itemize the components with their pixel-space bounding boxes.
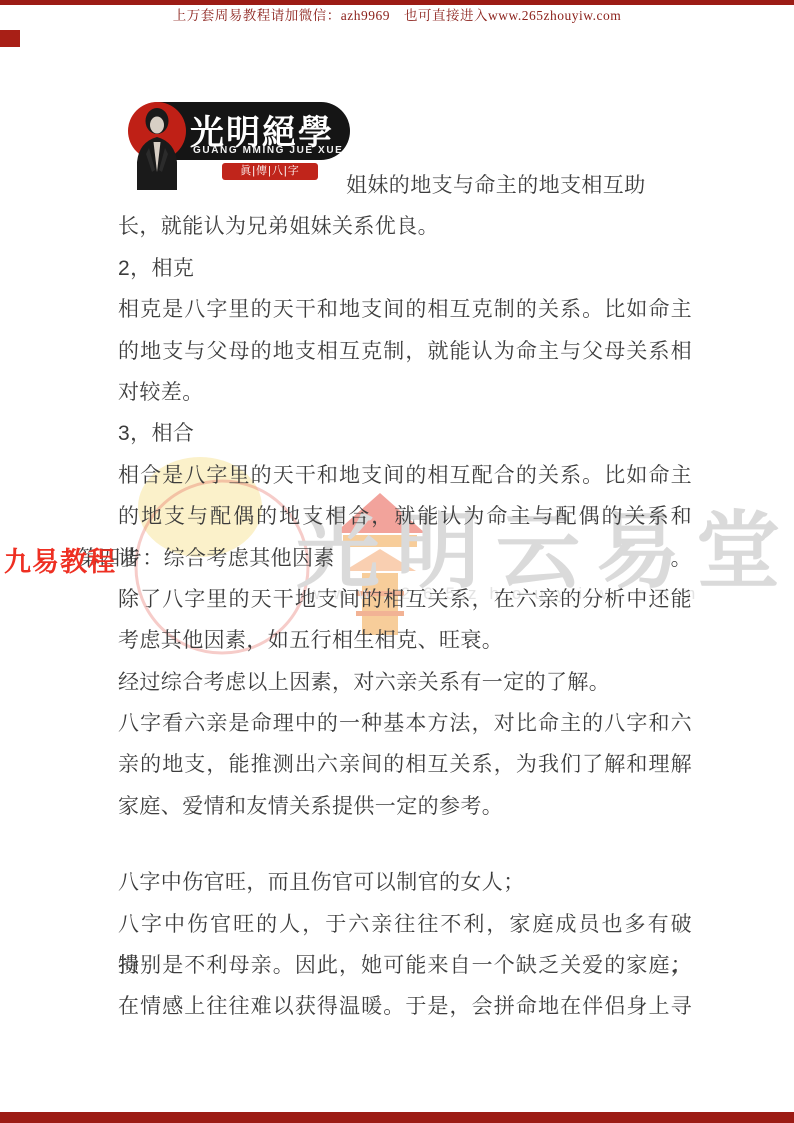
text-line: 相克是八字里的天干和地支间的相互克制的关系。比如命主 [118, 289, 692, 330]
text-line: 亲的地支，能推测出六亲间的相互关系，为我们了解和理解 [118, 744, 692, 785]
text-line: 经过综合考虑以上因素，对六亲关系有一定的了解。 [118, 662, 692, 703]
brand-logo: 光明絕學 GUANG MMING JUE XUE 眞|傳|八|字 [128, 100, 368, 195]
header-promo-text: 上万套周易教程请加微信：azh9969 也可直接进入www.265zhouyiw… [0, 4, 794, 24]
text-line: 对较差。 [118, 372, 692, 413]
document-page: 上万套周易教程请加微信：azh9969 也可直接进入www.265zhouyiw… [0, 0, 794, 1123]
bottom-accent-bar [0, 1112, 794, 1123]
logo-banner: 眞|傳|八|字 [222, 163, 318, 180]
text-line: 相合是八字里的天干和地支间的相互配合的关系。比如命主 [118, 455, 692, 496]
text-line: 家庭、爱情和友情关系提供一定的参考。 [118, 786, 692, 827]
praying-man-icon [124, 100, 190, 192]
text-line: 在情感上往往难以获得温暖。于是，会拼命地在伴侣身上寻 [118, 986, 692, 1027]
text-line: 八字中伤官旺，而且伤官可以制官的女人； [118, 862, 692, 903]
text-line [118, 827, 692, 862]
text-line: 特别是不利母亲。因此，她可能来自一个缺乏关爱的家庭， [118, 945, 692, 986]
text-line: 考虑其他因素，如五行相生相克、旺衰。 [118, 620, 692, 661]
text-line: 2，相克 [118, 248, 692, 289]
text-line: 的地支与配偶的地支相合，就能认为命主与配偶的关系和谐。 [118, 496, 692, 537]
text-line: 姐妹的地支与命主的地支相互助 [346, 165, 692, 206]
left-accent-tab [0, 30, 20, 47]
article-body: 姐妹的地支与命主的地支相互助长，就能认为兄弟姐妹关系优良。2，相克相克是八字里的… [118, 165, 692, 1028]
text-line: 除了八字里的天干地支间的相互关系，在六亲的分析中还能 [118, 579, 692, 620]
text-line: 八字看六亲是命理中的一种基本方法，对比命主的八字和六 [118, 703, 692, 744]
red-watermark-text: 九易教程 [4, 540, 116, 579]
text-line: 长，就能认为兄弟姐妹关系优良。 [118, 206, 692, 247]
text-line: 3，相合 [118, 413, 692, 454]
text-line: 的地支与父母的地支相互克制，就能认为命主与父母关系相 [118, 331, 692, 372]
logo-subtitle: GUANG MMING JUE XUE [193, 145, 343, 156]
text-line: 八字中伤官旺的人，于六亲往往不利，家庭成员也多有破损； [118, 904, 692, 945]
